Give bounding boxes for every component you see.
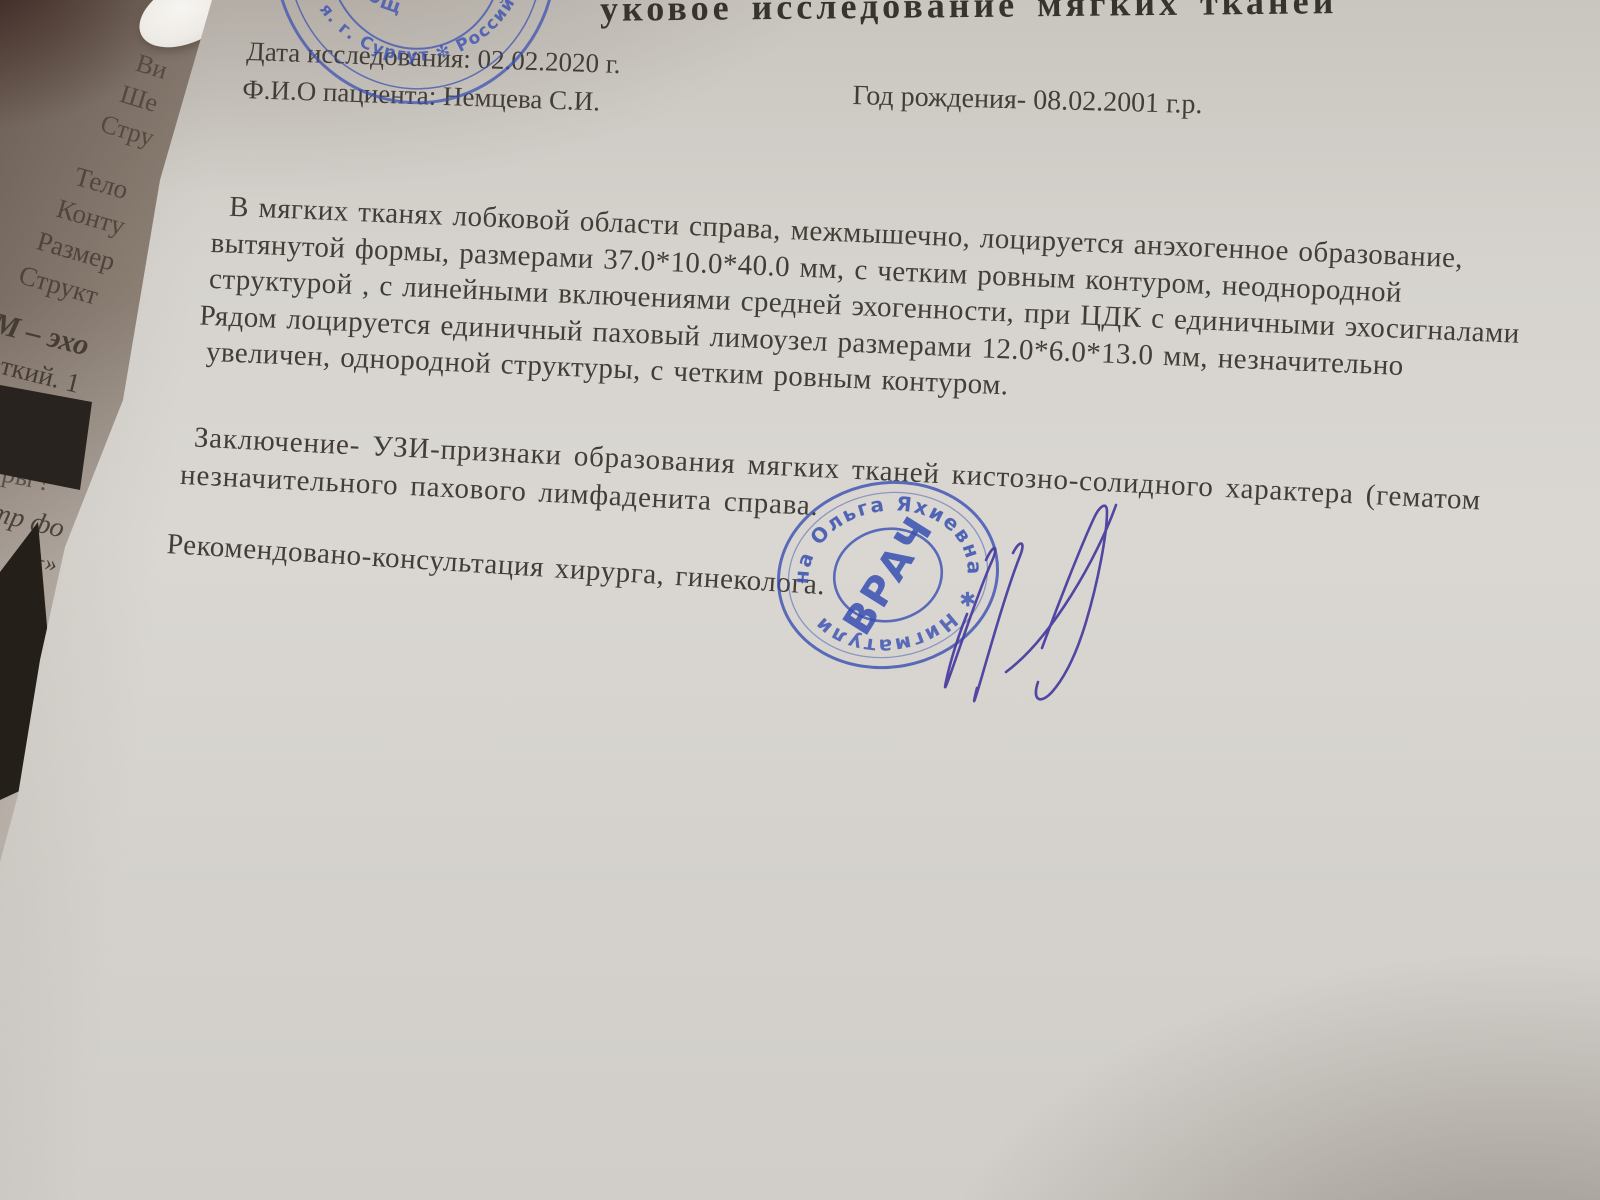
organization-stamp-inner-text: Общ bbox=[349, 0, 406, 19]
underlying-text-fragment: Ше bbox=[116, 79, 161, 119]
report-page: уковое исследование мягких тканей Дата и… bbox=[0, 0, 1600, 1200]
doctor-signature bbox=[930, 480, 1150, 720]
report-title: уковое исследование мягких тканей bbox=[600, 0, 1338, 30]
findings-paragraph: В мягких тканях лобковой области справа,… bbox=[205, 188, 1523, 425]
organization-stamp: я. г. Сургут ✻ Российская Ф Общ bbox=[255, 0, 585, 140]
birth-year-line: Год рождения- 08.02.2001 г.р. bbox=[852, 80, 1203, 121]
svg-text:Общ: Общ bbox=[349, 0, 406, 19]
recommendation-line: Рекомендовано-консультация хирурга, гине… bbox=[166, 528, 826, 602]
underlying-text-fragment: Ви bbox=[132, 48, 171, 86]
photographed-document: Да Ви Ше Стру Тело Конту Размер Структ М… bbox=[0, 0, 1600, 1200]
